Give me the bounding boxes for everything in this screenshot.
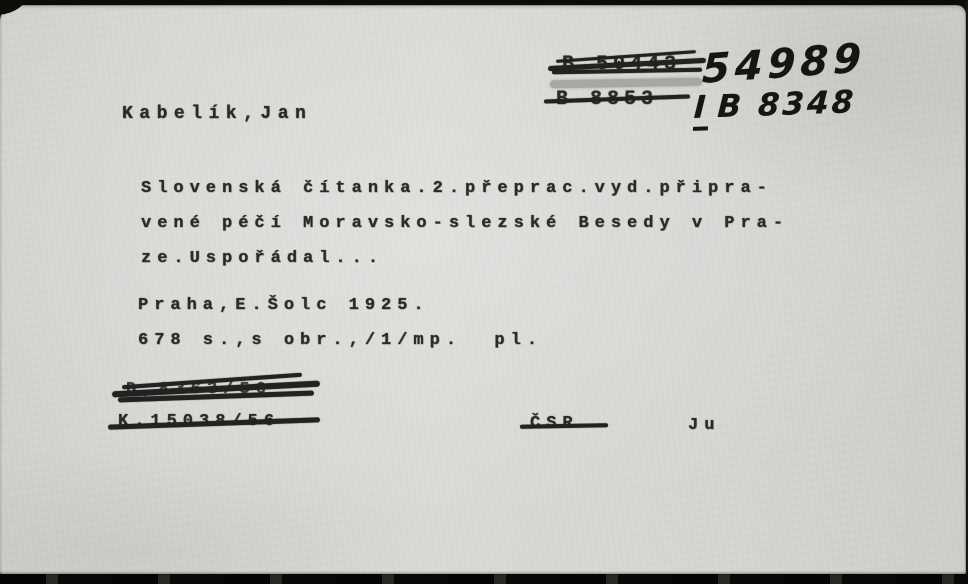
cataloguer-initials: Ju xyxy=(688,416,720,435)
scan-bottom-edge xyxy=(0,574,968,584)
title-line-2: vené péčí Moravsko-slezské Besedy v Pra- xyxy=(141,214,789,233)
imprint-line: Praha,E.Šolc 1925. xyxy=(138,296,430,315)
author-heading: Kabelík,Jan xyxy=(122,104,312,124)
title-line-1: Slovenská čítanka.2.přeprac.vyd.připra- xyxy=(141,179,773,198)
catalog-card-paper: B 50443 B 8853 54989 IB 8348 Kabelík,Jan… xyxy=(0,5,966,576)
roman-numeral: I xyxy=(693,89,710,131)
shelfmark-value: B 8348 xyxy=(717,84,858,125)
new-shelfmark-2-handwritten: IB 8348 xyxy=(693,84,857,126)
collation-line: 678 s.,s obr.,/1/mp. pl. xyxy=(138,331,543,350)
strike-mark xyxy=(520,423,608,429)
scan-top-edge xyxy=(0,0,968,6)
eraser-smear xyxy=(550,78,702,89)
title-line-3: ze.Uspořádal... xyxy=(141,249,384,268)
